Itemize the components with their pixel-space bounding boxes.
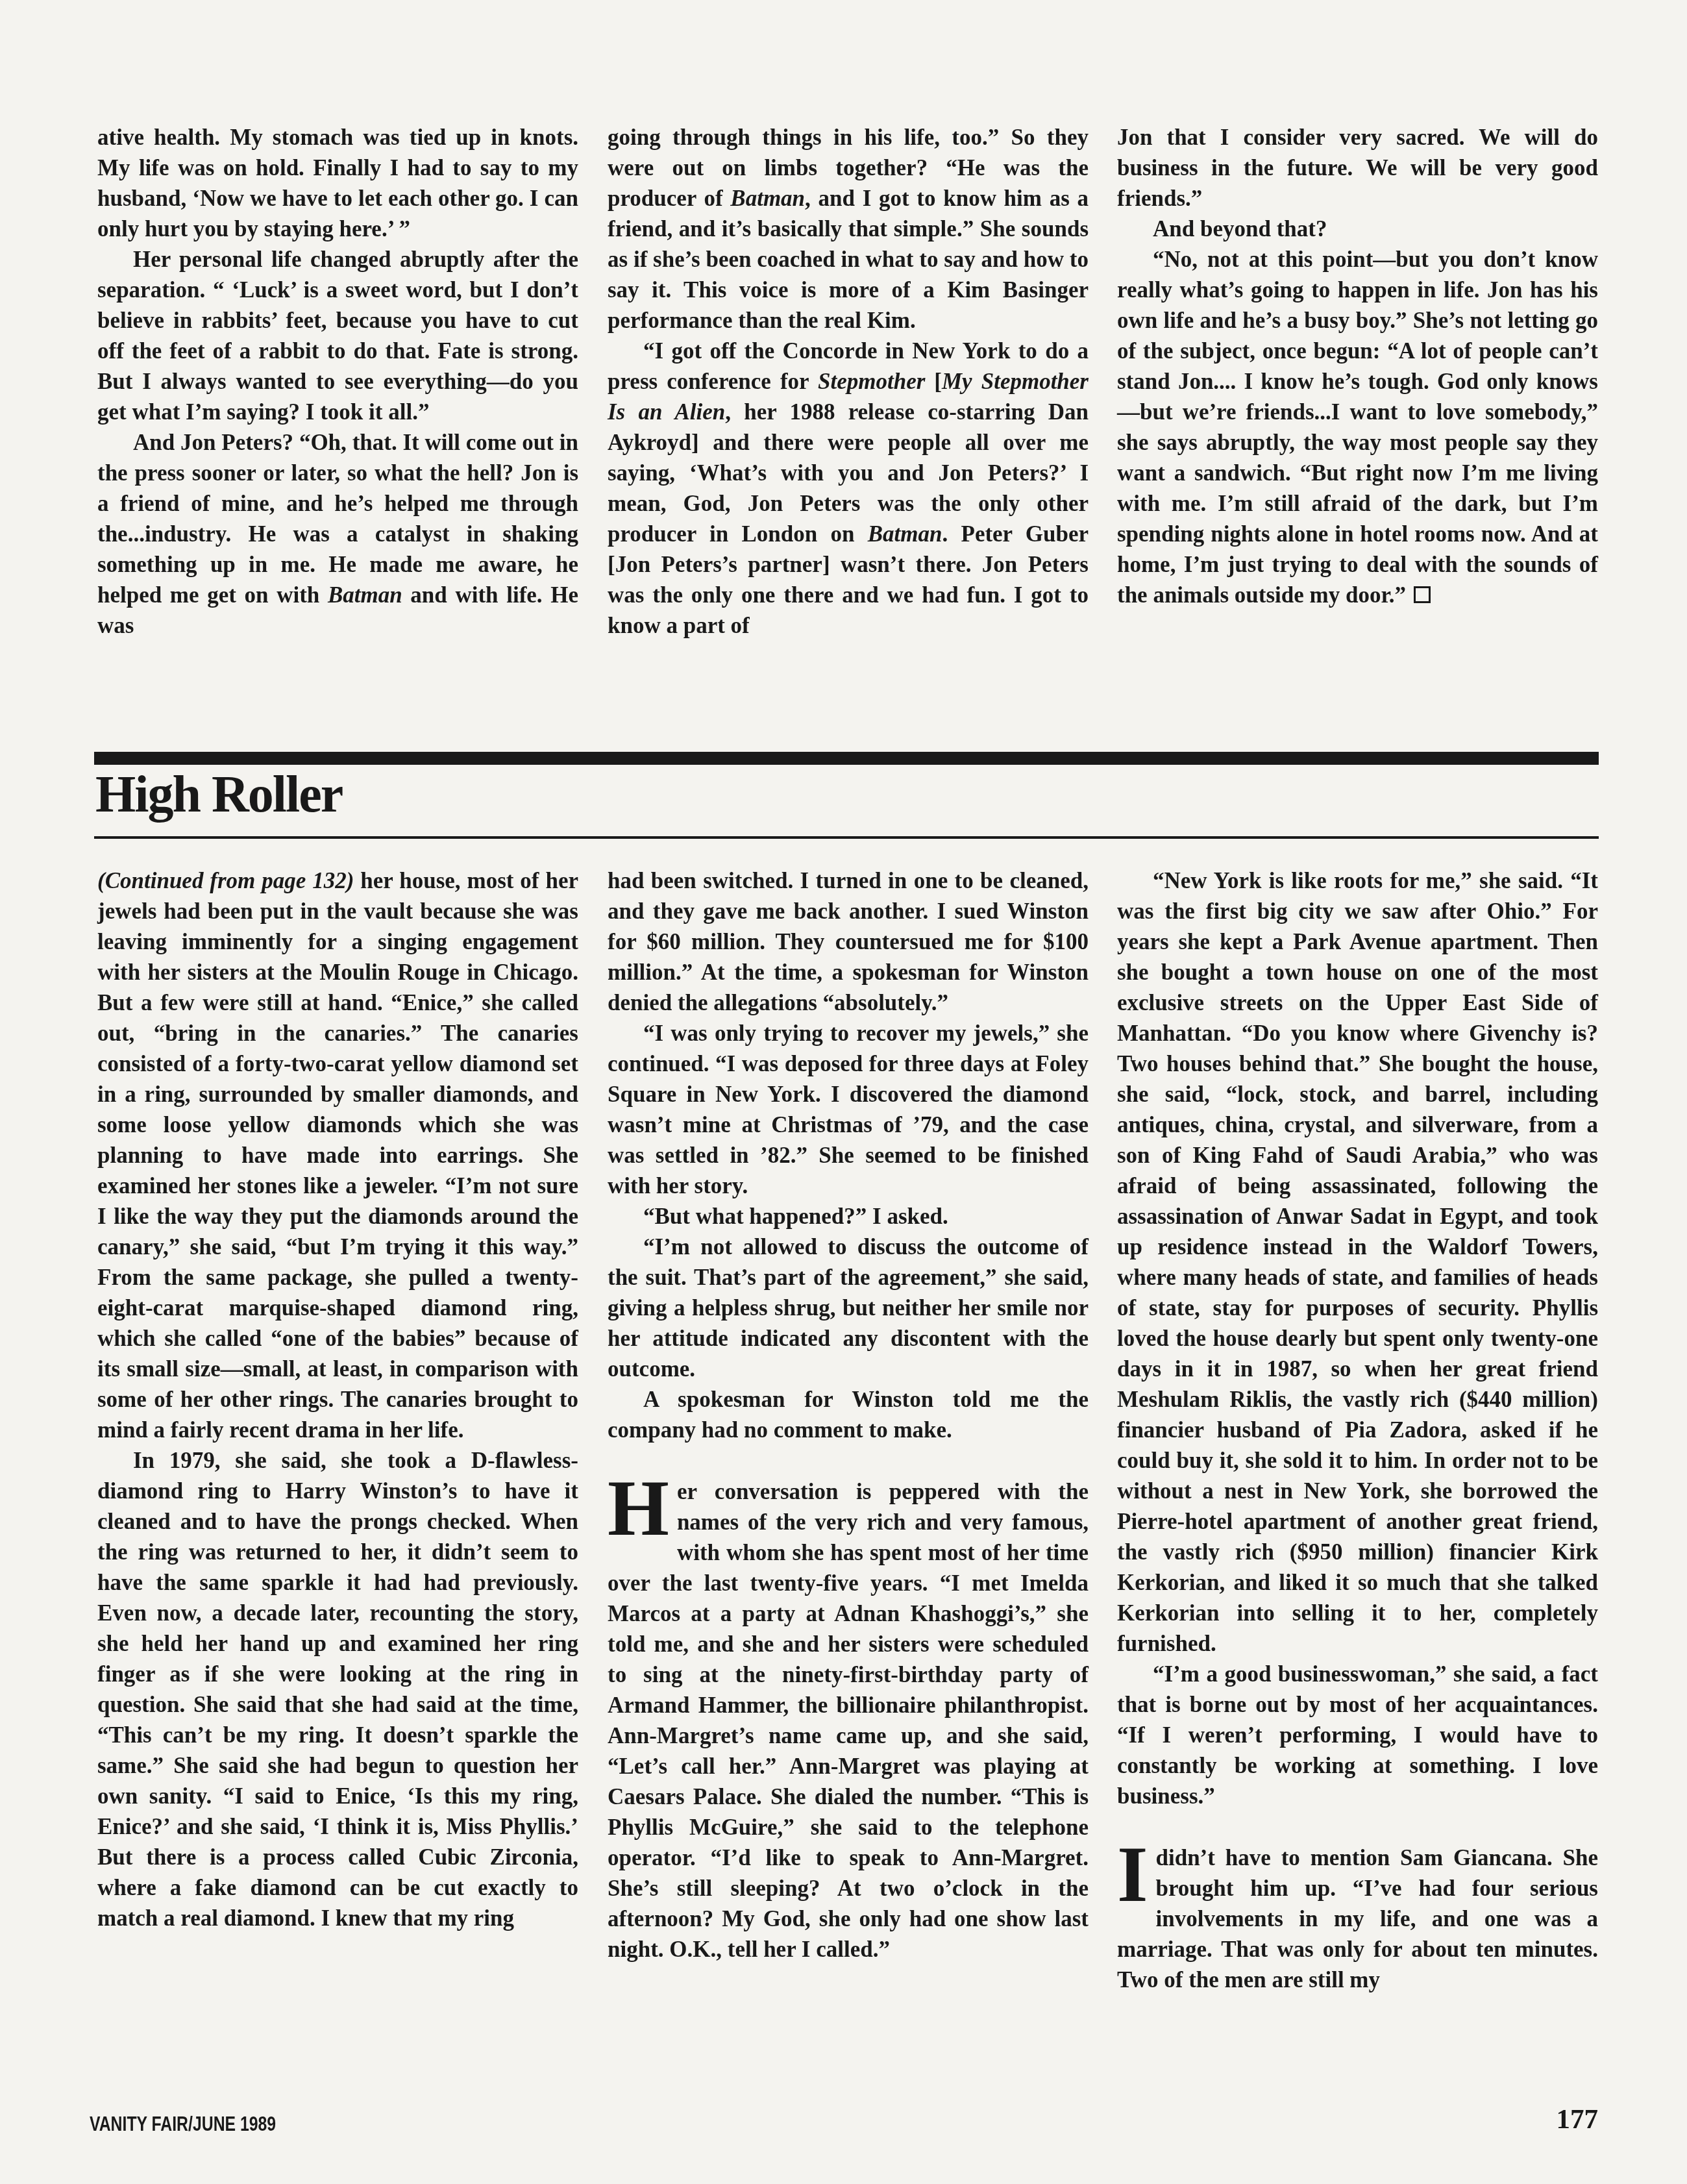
- paragraph: And beyond that?: [1117, 214, 1598, 244]
- magazine-footer-credit: VANITY FAIR/JUNE 1989: [90, 2113, 276, 2136]
- paragraph: Her conversation is peppered with the na…: [608, 1476, 1089, 1965]
- bottom-article-column-2: had been switched. I turned in one to be…: [608, 865, 1089, 1965]
- paragraph: Her personal life changed abruptly after…: [97, 244, 578, 427]
- italic-run: Batman: [730, 186, 805, 211]
- text-run: her house, most of her jewels had been p…: [97, 868, 578, 1443]
- italic-run: Batman: [868, 521, 942, 547]
- italic-run: Batman: [328, 582, 402, 608]
- end-mark-icon: [1414, 586, 1431, 603]
- text-run: “I was only trying to recover my jewels,…: [608, 1021, 1089, 1198]
- section-title: High Roller: [95, 769, 342, 821]
- text-run: “But what happened?” I asked.: [643, 1204, 948, 1229]
- paragraph: “I’m not allowed to discuss the outcome …: [608, 1232, 1089, 1384]
- text-run: had been switched. I turned in one to be…: [608, 868, 1089, 1015]
- bottom-article-column-3: “New York is like roots for me,” she sai…: [1117, 865, 1598, 1995]
- text-run: And Jon Peters? “Oh, that. It will come …: [97, 430, 578, 608]
- page-number: 177: [1557, 2103, 1599, 2135]
- paragraph: A spokesman for Winston told me the comp…: [608, 1384, 1089, 1445]
- paragraph: “I got off the Concorde in New York to d…: [608, 336, 1089, 641]
- italic-run: (Continued from page 132): [97, 868, 354, 893]
- text-run: Jon that I consider very sacred. We will…: [1117, 125, 1598, 211]
- paragraph: “No, not at this point—but you don’t kno…: [1117, 244, 1598, 610]
- bottom-article-column-1: (Continued from page 132) her house, mos…: [97, 865, 578, 1933]
- text-run: “I’m not allowed to discuss the outcome …: [608, 1234, 1089, 1382]
- text-run: In 1979, she said, she took a D-flawless…: [97, 1448, 578, 1931]
- section-divider-bar: [94, 752, 1599, 765]
- paragraph: ative health. My stomach was tied up in …: [97, 122, 578, 244]
- paragraph: had been switched. I turned in one to be…: [608, 865, 1089, 1018]
- paragraph: “But what happened?” I asked.: [608, 1201, 1089, 1232]
- paragraph: “I was only trying to recover my jewels,…: [608, 1018, 1089, 1201]
- paragraph: going through things in his life, too.” …: [608, 122, 1089, 336]
- paragraph: Ididn’t have to mention Sam Giancana. Sh…: [1117, 1843, 1598, 1995]
- text-run: “I’m a good businesswoman,” she said, a …: [1117, 1661, 1598, 1809]
- paragraph: In 1979, she said, she took a D-flawless…: [97, 1445, 578, 1933]
- text-run: er conversation is peppered with the nam…: [608, 1479, 1089, 1962]
- paragraph: “New York is like roots for me,” she sai…: [1117, 865, 1598, 1659]
- paragraph: And Jon Peters? “Oh, that. It will come …: [97, 427, 578, 641]
- text-run: Her personal life changed abruptly after…: [97, 247, 578, 425]
- text-run: “New York is like roots for me,” she sai…: [1117, 868, 1598, 1656]
- text-run: “No, not at this point—but you don’t kno…: [1117, 247, 1598, 608]
- headline-rule: [94, 836, 1599, 839]
- top-article-column-3: Jon that I consider very sacred. We will…: [1117, 122, 1598, 610]
- text-run: A spokesman for Winston told me the comp…: [608, 1387, 1089, 1443]
- text-run: didn’t have to mention Sam Giancana. She…: [1117, 1845, 1598, 1992]
- text-run: And beyond that?: [1153, 216, 1327, 242]
- drop-cap: H: [608, 1476, 677, 1539]
- paragraph: Jon that I consider very sacred. We will…: [1117, 122, 1598, 214]
- text-run: [: [925, 369, 942, 394]
- paragraph: (Continued from page 132) her house, mos…: [97, 865, 578, 1445]
- paragraph: “I’m a good businesswoman,” she said, a …: [1117, 1659, 1598, 1811]
- italic-run: Stepmother: [818, 369, 925, 394]
- top-article-column-2: going through things in his life, too.” …: [608, 122, 1089, 641]
- top-article-column-1: ative health. My stomach was tied up in …: [97, 122, 578, 641]
- text-run: ative health. My stomach was tied up in …: [97, 125, 578, 242]
- drop-cap: I: [1117, 1843, 1155, 1905]
